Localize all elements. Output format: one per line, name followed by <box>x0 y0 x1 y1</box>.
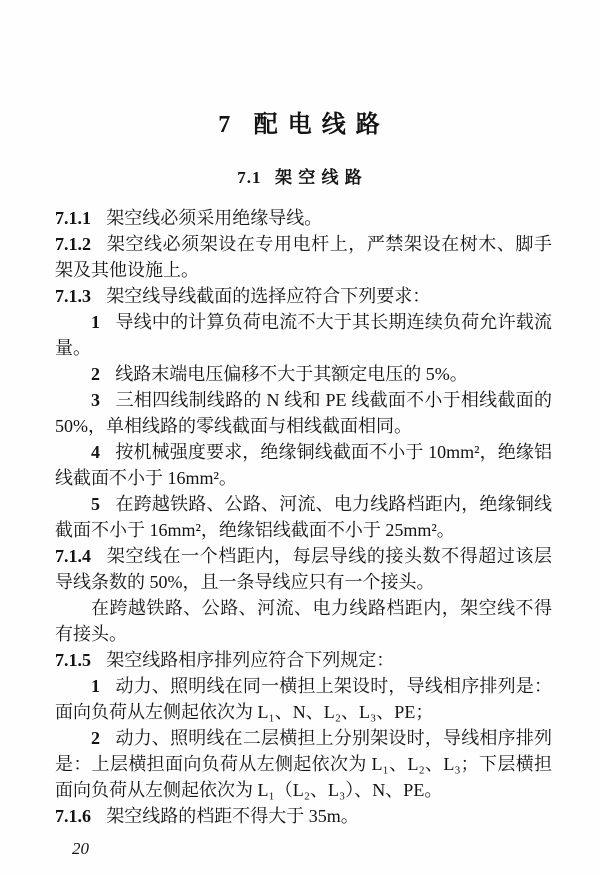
chapter-number: 7 <box>218 112 254 138</box>
item-number: 3 <box>91 390 115 410</box>
clause-text: 架空线路的档距不得大于 35m。 <box>106 806 359 826</box>
item-text: 在跨越铁路、公路、河流、电力线路档距内，绝缘铜线截面不小于 16mm²，绝缘铝线… <box>55 494 552 540</box>
list-item-3: 3三相四线制线路的 N 线和 PE 线截面不小于相线截面的 50%，单相线路的零… <box>55 387 552 439</box>
item-text: 导线中的计算负荷电流不大于其长期连续负荷允许载流量。 <box>55 312 552 358</box>
item-text: 动力、照明线在同一横担上架设时，导线相序排列是：面向负荷从左侧起依次为 L₁、N… <box>55 676 552 722</box>
page-number: 20 <box>55 838 552 860</box>
clause-text: 架空线路相序排列应符合下列规定： <box>106 650 394 670</box>
item-number: 2 <box>91 364 115 384</box>
clause-7-1-2: 7.1.2架空线必须架设在专用电杆上，严禁架设在树木、脚手架及其他设施上。 <box>55 231 552 283</box>
list-item-4: 4按机械强度要求，绝缘铜线截面不小于 10mm²，绝缘铝线截面不小于 16mm²… <box>55 439 552 491</box>
clause-number: 7.1.1 <box>55 208 106 228</box>
list-item-1: 1导线中的计算负荷电流不大于其长期连续负荷允许载流量。 <box>55 309 552 361</box>
list-item-2: 2线路末端电压偏移不大于其额定电压的 5%。 <box>55 361 552 387</box>
document-page: 7配 电 线 路 7.1架 空 线 路 7.1.1架空线必须采用绝缘导线。 7.… <box>0 0 600 875</box>
clause-7-1-4: 7.1.4架空线在一个档距内，每层导线的接头数不得超过该层导线条数的 50%，且… <box>55 543 552 595</box>
clause-text: 架空线导线截面的选择应符合下列要求： <box>106 286 430 306</box>
item-number: 2 <box>91 728 115 748</box>
clause-7-1-6: 7.1.6架空线路的档距不得大于 35m。 <box>55 803 552 829</box>
clause-text: 架空线在一个档距内，每层导线的接头数不得超过该层导线条数的 50%，且一条导线应… <box>55 546 552 592</box>
clause-number: 7.1.4 <box>55 546 106 566</box>
section-number: 7.1 <box>237 168 275 187</box>
clause-text: 架空线必须架设在专用电杆上，严禁架设在树木、脚手架及其他设施上。 <box>55 234 552 280</box>
clause-7-1-1: 7.1.1架空线必须采用绝缘导线。 <box>55 205 552 231</box>
section-title-text: 架 空 线 路 <box>275 168 363 187</box>
list-item-1b: 1动力、照明线在同一横担上架设时，导线相序排列是：面向负荷从左侧起依次为 L₁、… <box>55 673 552 725</box>
continuation-paragraph: 在跨越铁路、公路、河流、电力线路档距内，架空线不得有接头。 <box>55 595 552 647</box>
item-number: 1 <box>91 312 115 332</box>
item-text: 线路末端电压偏移不大于其额定电压的 5%。 <box>115 364 468 384</box>
clause-7-1-3: 7.1.3架空线导线截面的选择应符合下列要求： <box>55 283 552 309</box>
item-number: 4 <box>91 442 115 462</box>
list-item-5: 5在跨越铁路、公路、河流、电力线路档距内，绝缘铜线截面不小于 16mm²，绝缘铝… <box>55 491 552 543</box>
clause-7-1-5: 7.1.5架空线路相序排列应符合下列规定： <box>55 647 552 673</box>
item-number: 1 <box>91 676 115 696</box>
clause-number: 7.1.6 <box>55 806 106 826</box>
clause-number: 7.1.3 <box>55 286 106 306</box>
body-content: 7.1.1架空线必须采用绝缘导线。 7.1.2架空线必须架设在专用电杆上，严禁架… <box>55 205 552 860</box>
section-title: 7.1架 空 线 路 <box>0 163 600 188</box>
clause-number: 7.1.5 <box>55 650 106 670</box>
paragraph-text: 在跨越铁路、公路、河流、电力线路档距内，架空线不得有接头。 <box>55 598 552 644</box>
clause-text: 架空线必须采用绝缘导线。 <box>106 208 322 228</box>
item-text: 动力、照明线在二层横担上分别架设时，导线相序排列是：上层横担面向负荷从左侧起依次… <box>55 728 552 800</box>
chapter-title-text: 配 电 线 路 <box>254 112 382 138</box>
clause-number: 7.1.2 <box>55 234 106 254</box>
list-item-2b: 2动力、照明线在二层横担上分别架设时，导线相序排列是：上层横担面向负荷从左侧起依… <box>55 725 552 803</box>
item-text: 按机械强度要求，绝缘铜线截面不小于 10mm²，绝缘铝线截面不小于 16mm²。 <box>55 442 552 488</box>
chapter-title: 7配 电 线 路 <box>0 104 600 139</box>
item-number: 5 <box>91 494 115 514</box>
item-text: 三相四线制线路的 N 线和 PE 线截面不小于相线截面的 50%，单相线路的零线… <box>55 390 552 436</box>
